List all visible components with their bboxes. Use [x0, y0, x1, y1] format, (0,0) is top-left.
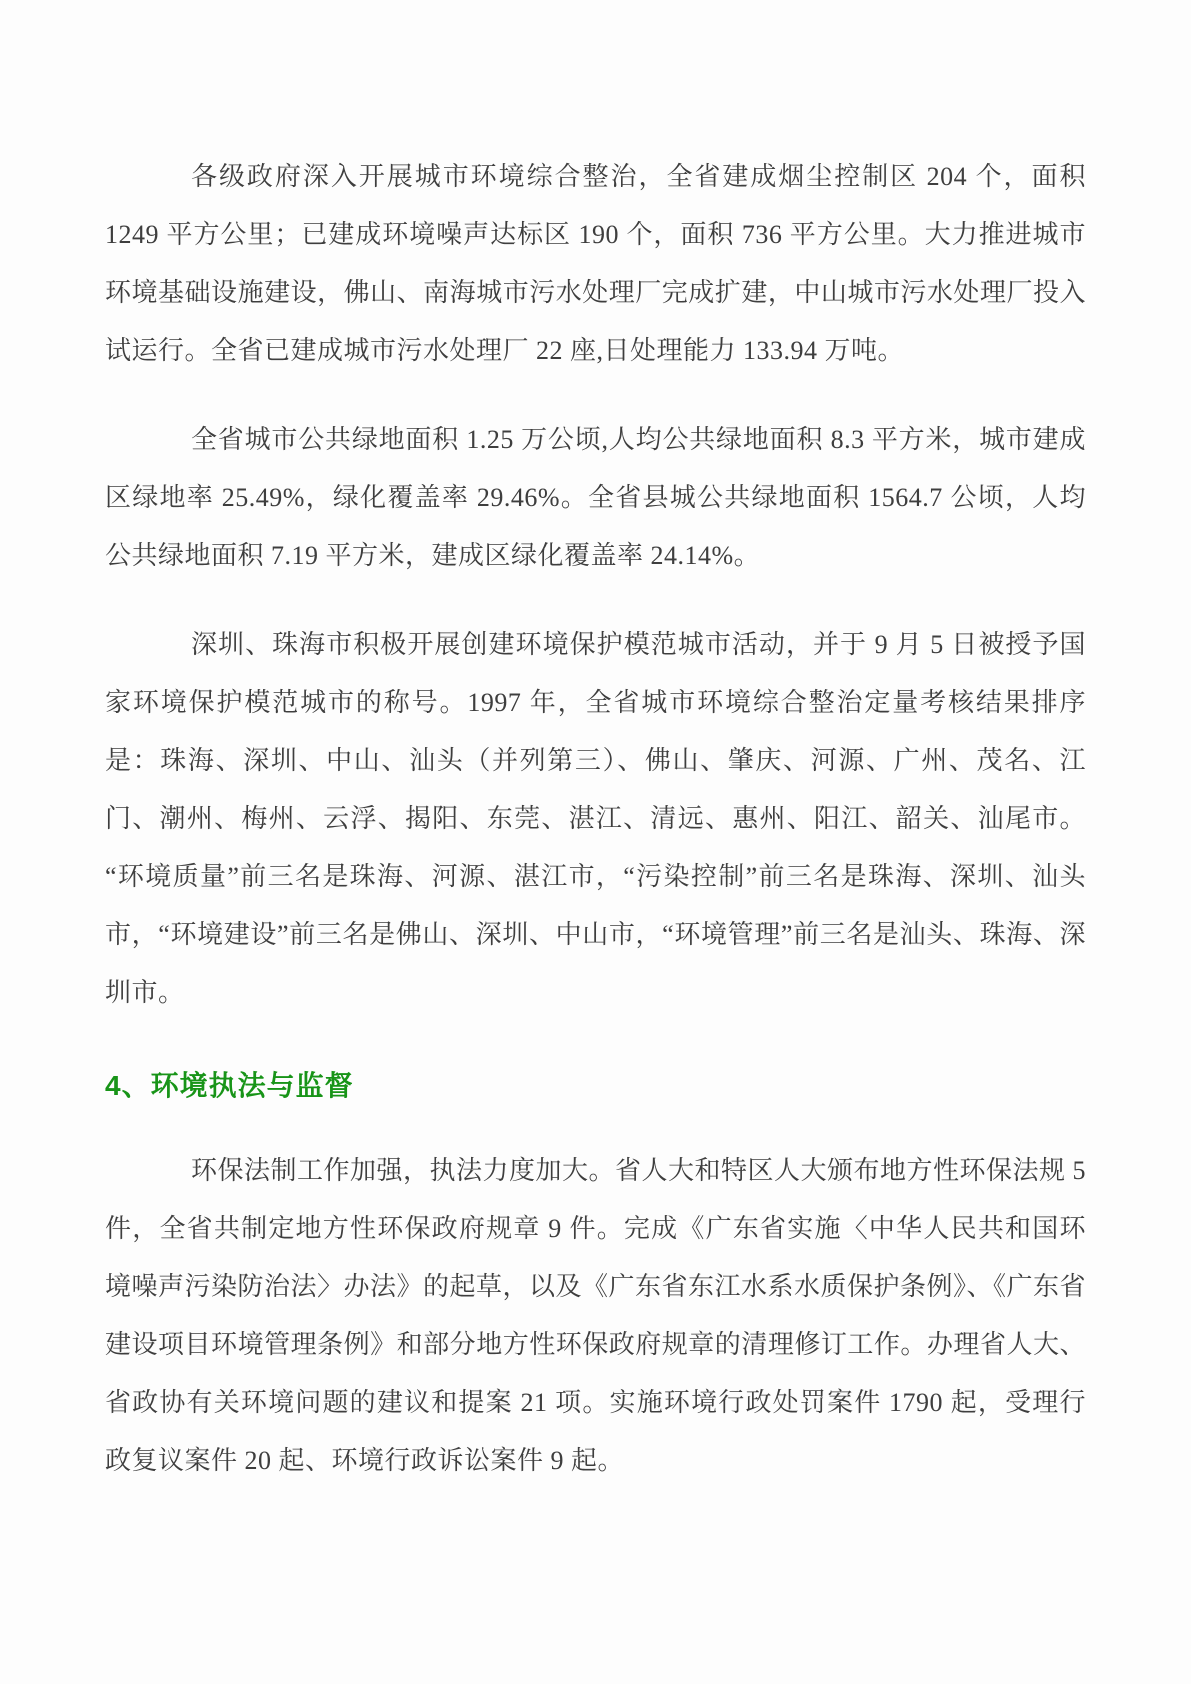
- paragraph-model-city-rankings: 深圳、珠海市积极开展创建环境保护模范城市活动，并于 9 月 5 日被授予国家环境…: [105, 616, 1086, 1022]
- paragraph-law-enforcement: 环保法制工作加强，执法力度加大。省人大和特区人大颁布地方性环保法规 5 件，全省…: [105, 1142, 1086, 1490]
- section-heading-environmental-enforcement: 4、环境执法与监督: [105, 1068, 1086, 1104]
- document-page: 各级政府深入开展城市环境综合整治，全省建成烟尘控制区 204 个，面积 1249…: [0, 0, 1191, 1684]
- paragraph-public-green-space: 全省城市公共绿地面积 1.25 万公顷,人均公共绿地面积 8.3 平方米，城市建…: [105, 411, 1086, 585]
- paragraph-urban-environment-improvement: 各级政府深入开展城市环境综合整治，全省建成烟尘控制区 204 个，面积 1249…: [105, 148, 1086, 380]
